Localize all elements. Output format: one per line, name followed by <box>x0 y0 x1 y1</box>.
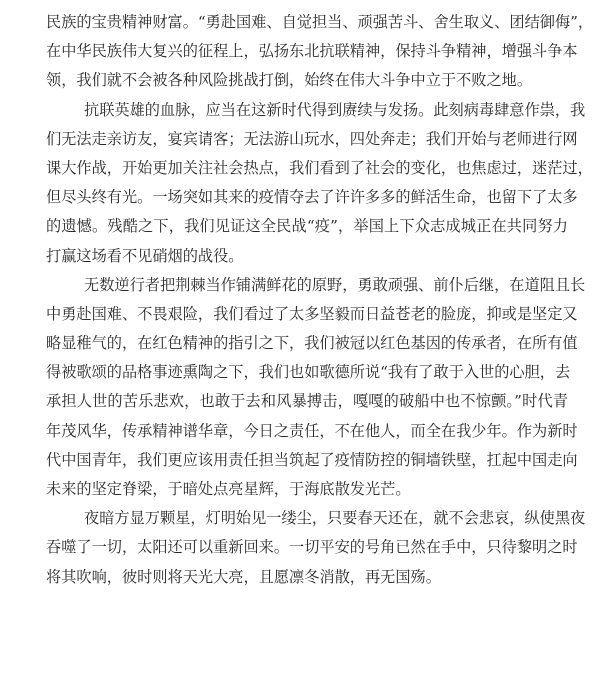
text-line: 但尽头终有光。一场突如其来的疫情夺去了许许多多的鲜活生命，也留下了太多 <box>46 183 568 212</box>
text-line: 年茂风华，传承精神谱华章，今日之责任，不在他人，而全在我少年。作为新时 <box>46 417 568 446</box>
text-line: 将其吹响，彼时则将天光大亮，且愿凛冬消散，再无国殇。 <box>46 563 568 592</box>
text-line: 代中国青年，我们更应该用责任担当筑起了疫情防控的铜墙铁壁，扛起中国走向 <box>46 446 568 475</box>
text-line: 略显稚气的，在红色精神的指引之下，我们被冠以红色基因的传承者，在所有值 <box>46 329 568 358</box>
document-body: 民族的宝贵精神财富。“勇赴国难、自觉担当、顽强苦斗、舍生取义、团结御侮”， 在中… <box>46 8 568 592</box>
text-line: 的遗憾。残酷之下，我们见证这全民战“疫”，举国上下众志成城正在共同努力 <box>46 212 568 241</box>
text-line: 课大作战，开始更加关注社会热点，我们看到了社会的变化，也焦虑过，迷茫过， <box>46 154 568 183</box>
text-line: 得被歌颂的品格事迹熏陶之下，我们也如歌德所说“我有了敢于入世的心胆，去 <box>46 358 568 387</box>
text-line: 们无法走亲访友，宴宾请客；无法游山玩水，四处奔走；我们开始与老师进行网 <box>46 125 568 154</box>
text-line: 吞噬了一切，太阳还可以重新回来。一切平安的号角已然在手中，只待黎明之时 <box>46 533 568 562</box>
text-line: 打赢这场看不见硝烟的战役。 <box>46 242 568 271</box>
text-line: 民族的宝贵精神财富。“勇赴国难、自觉担当、顽强苦斗、舍生取义、团结御侮”， <box>46 8 568 37</box>
paragraph-4: 夜暗方显万颗星，灯明始见一缕尘，只要春天还在，就不会悲哀，纵使黑夜 吞噬了一切，… <box>46 504 568 592</box>
paragraph-1: 民族的宝贵精神财富。“勇赴国难、自觉担当、顽强苦斗、舍生取义、团结御侮”， 在中… <box>46 8 568 96</box>
text-line: 承担人世的苦乐悲欢，也敢于去和风暴搏击，嘎嘎的破船中也不惊颤。”时代青 <box>46 387 568 416</box>
text-line: 夜暗方显万颗星，灯明始见一缕尘，只要春天还在，就不会悲哀，纵使黑夜 <box>46 504 568 533</box>
paragraph-2: 抗联英雄的血脉，应当在这新时代得到赓续与发扬。此刻病毒肆意作祟，我 们无法走亲访… <box>46 96 568 271</box>
text-line: 未来的坚定脊梁，于暗处点亮星辉，于海底散发光芒。 <box>46 475 568 504</box>
text-line: 中勇赴国难、不畏艰险，我们看过了太多坚毅而日益苍老的脸庞，抑或是坚定又 <box>46 300 568 329</box>
paragraph-3: 无数逆行者把荆棘当作铺满鲜花的原野，勇敢顽强、前仆后继，在道阻且长 中勇赴国难、… <box>46 271 568 505</box>
text-line: 抗联英雄的血脉，应当在这新时代得到赓续与发扬。此刻病毒肆意作祟，我 <box>46 96 568 125</box>
text-line: 在中华民族伟大复兴的征程上，弘扬东北抗联精神，保持斗争精神，增强斗争本 <box>46 37 568 66</box>
text-line: 领，我们就不会被各种风险挑战打倒，始终在伟大斗争中立于不败之地。 <box>46 66 568 95</box>
text-line: 无数逆行者把荆棘当作铺满鲜花的原野，勇敢顽强、前仆后继，在道阻且长 <box>46 271 568 300</box>
